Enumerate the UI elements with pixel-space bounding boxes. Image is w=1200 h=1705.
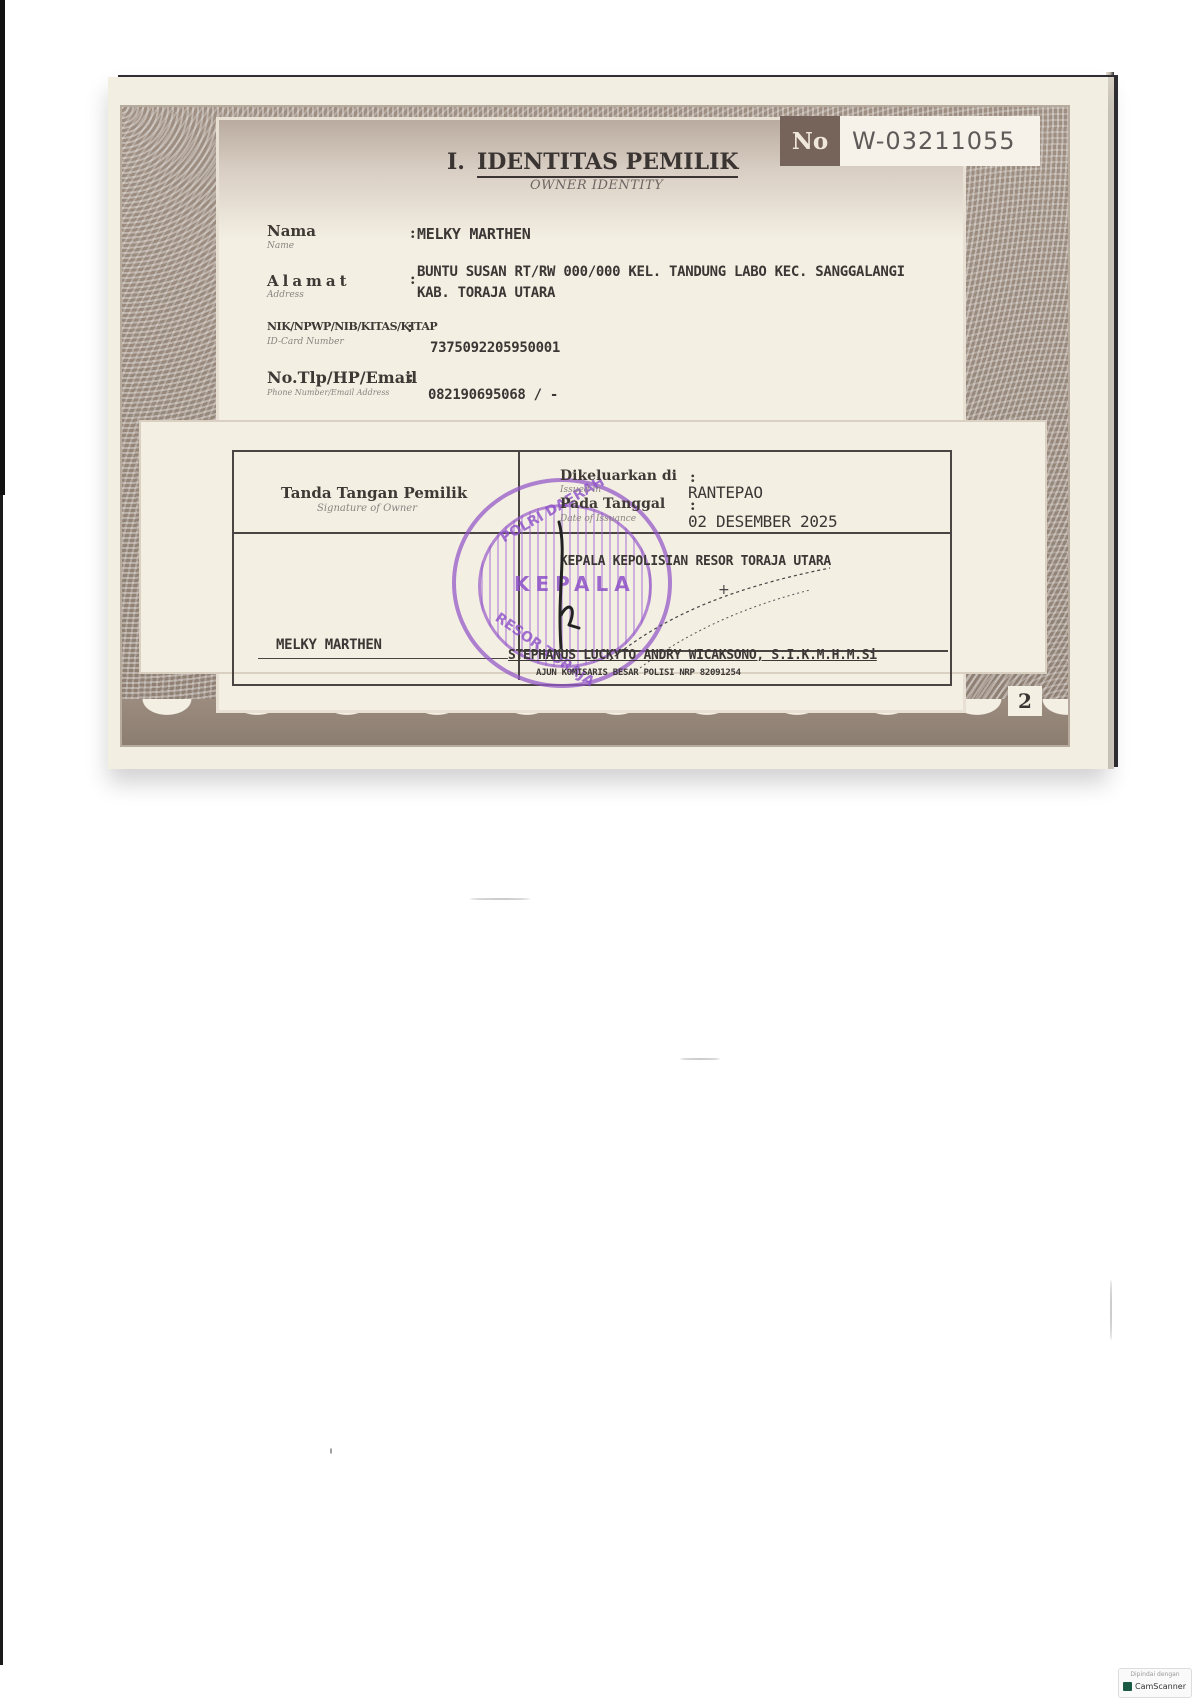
phone-label: No.Tlp/HP/Email bbox=[267, 368, 417, 387]
issued-in-label: Dikeluarkan di bbox=[560, 468, 677, 484]
camscanner-watermark: Dipindai dengan CamScanner bbox=[1118, 1668, 1192, 1698]
svg-text:+: + bbox=[718, 582, 730, 598]
number-label: No bbox=[780, 116, 840, 166]
official-name: STEPHANUS LUCKYTO ANDRY WICAKSONO, S.I.K… bbox=[508, 648, 877, 663]
owner-signature-sublabel: Signature of Owner bbox=[317, 503, 417, 514]
owner-signature-label: Tanda Tangan Pemilik bbox=[281, 484, 467, 502]
section-title-text: IDENTITAS PEMILIK bbox=[477, 149, 739, 178]
scan-artifact bbox=[1110, 1280, 1112, 1340]
phone-value: 082190695068 / - bbox=[428, 387, 558, 403]
scan-edge bbox=[0, 0, 5, 495]
scan-artifact bbox=[680, 1058, 720, 1060]
address-value-line2: KAB. TORAJA UTARA bbox=[417, 285, 555, 301]
colon: : bbox=[410, 224, 416, 242]
issued-in-value: RANTEPAO bbox=[688, 483, 763, 502]
colon: : bbox=[410, 270, 416, 288]
colon: : bbox=[407, 318, 413, 336]
colon: : bbox=[408, 368, 414, 386]
name-value: MELKY MARTHEN bbox=[417, 225, 531, 243]
section-number: I. bbox=[447, 149, 465, 175]
date-value: 02 DESEMBER 2025 bbox=[688, 512, 837, 531]
issued-in-sublabel: Issued in bbox=[560, 485, 601, 495]
watermark-line1: Dipindai dengan bbox=[1119, 1671, 1191, 1678]
name-label: Nama bbox=[267, 222, 316, 240]
scan-artifact bbox=[330, 1448, 332, 1454]
address-label: Alamat bbox=[267, 272, 351, 290]
official-rank: AJUN KOMISARIS BESAR POLISI NRP 82091254 bbox=[536, 668, 741, 678]
name-sublabel: Name bbox=[267, 241, 294, 251]
id-number-value: 7375092205950001 bbox=[430, 340, 560, 356]
owner-name: MELKY MARTHEN bbox=[276, 637, 382, 653]
address-sublabel: Address bbox=[267, 290, 304, 300]
watermark-brand: CamScanner bbox=[1123, 1682, 1186, 1691]
address-value-line1: BUNTU SUSAN RT/RW 000/000 KEL. TANDUNG L… bbox=[417, 264, 905, 280]
document-number: W-03211055 bbox=[840, 116, 1040, 166]
section-title: I.IDENTITAS PEMILIK bbox=[447, 149, 738, 175]
scan-artifact bbox=[470, 898, 530, 900]
watermark-line2: CamScanner bbox=[1135, 1682, 1186, 1691]
phone-sublabel: Phone Number/Email Address bbox=[267, 388, 390, 397]
page-number: 2 bbox=[1008, 686, 1042, 716]
section-subtitle: OWNER IDENTITY bbox=[530, 178, 663, 193]
date-label: Pada Tanggal bbox=[560, 496, 665, 512]
owner-signature-line bbox=[258, 658, 508, 659]
camscanner-icon bbox=[1123, 1682, 1132, 1691]
handwritten-signature bbox=[555, 520, 585, 650]
scan-edge bbox=[0, 495, 3, 1665]
id-number-sublabel: ID-Card Number bbox=[267, 337, 344, 347]
